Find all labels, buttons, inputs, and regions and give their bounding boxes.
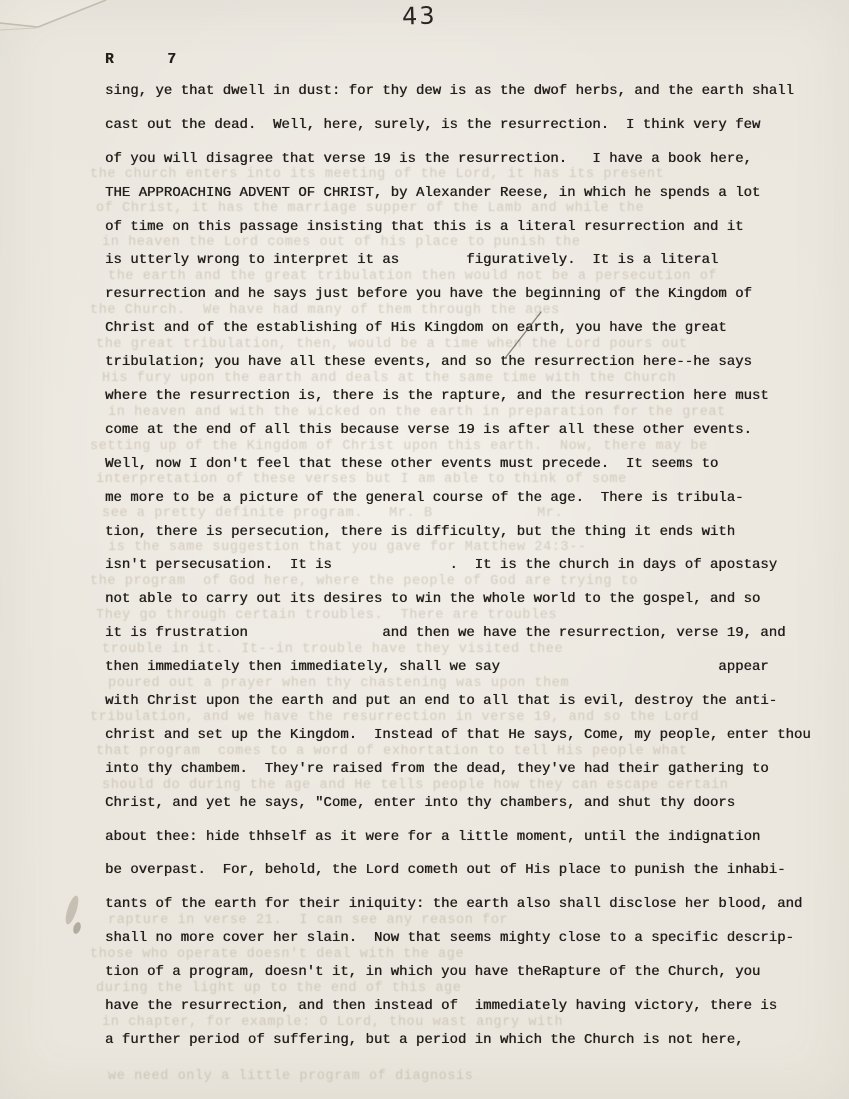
typed-line: a further period of suffering, but a per… bbox=[105, 1033, 829, 1067]
typed-line: Christ, and yet he says, "Come, enter in… bbox=[105, 796, 829, 830]
typed-line: it is frustration and then we have the r… bbox=[105, 626, 829, 660]
page-number-handwritten: 43 bbox=[402, 2, 437, 31]
typed-line: THE APPROACHING ADVENT OF CHRIST, by Ale… bbox=[105, 186, 829, 220]
typed-line: tants of the earth for their iniquity: t… bbox=[105, 897, 829, 931]
header-reference: R 7 bbox=[105, 52, 176, 68]
typed-line: shall no more cover her slain. Now that … bbox=[105, 931, 829, 965]
typed-line: isn't persecusation. It is . It is the c… bbox=[105, 558, 829, 592]
typed-line: into thy chambem. They're raised from th… bbox=[105, 762, 829, 796]
typed-line: of you will disagree that verse 19 is th… bbox=[105, 152, 829, 186]
typed-line: be overpast. For, behold, the Lord comet… bbox=[105, 863, 829, 897]
typed-line: not able to carry out its desires to win… bbox=[105, 592, 829, 626]
typed-line: of time on this passage insisting that t… bbox=[105, 220, 829, 254]
typed-line: then immediately then immediately, shall… bbox=[105, 660, 829, 694]
typed-line: tribulation; you have all these events, … bbox=[105, 355, 829, 389]
typed-line: tion, there is persecution, there is dif… bbox=[105, 525, 829, 559]
typed-line: is utterly wrong to interpret it as figu… bbox=[105, 253, 829, 287]
typed-line: resurrection and he says just before you… bbox=[105, 287, 829, 321]
typed-line: cast out the dead. Well, here, surely, i… bbox=[105, 118, 829, 152]
typed-line: Christ and of the establishing of His Ki… bbox=[105, 321, 829, 355]
typed-body-text: sing, ye that dwell in dust: for thy dew… bbox=[105, 84, 829, 1067]
typed-line: come at the end of all this because vers… bbox=[105, 423, 829, 457]
typed-line: me more to be a picture of the general c… bbox=[105, 491, 829, 525]
typed-line: have the resurrection, and then instead … bbox=[105, 999, 829, 1033]
typed-line: Well, now I don't feel that these other … bbox=[105, 457, 829, 491]
typed-line: tion of a program, doesn't it, in which … bbox=[105, 965, 829, 999]
typed-line: where the resurrection is, there is the … bbox=[105, 389, 829, 423]
typed-line: sing, ye that dwell in dust: for thy dew… bbox=[105, 84, 829, 118]
typed-line: with Christ upon the earth and put an en… bbox=[105, 694, 829, 728]
typed-line: christ and set up the Kingdom. Instead o… bbox=[105, 728, 829, 762]
typed-line: about thee: hide thhself as it were for … bbox=[105, 830, 829, 864]
